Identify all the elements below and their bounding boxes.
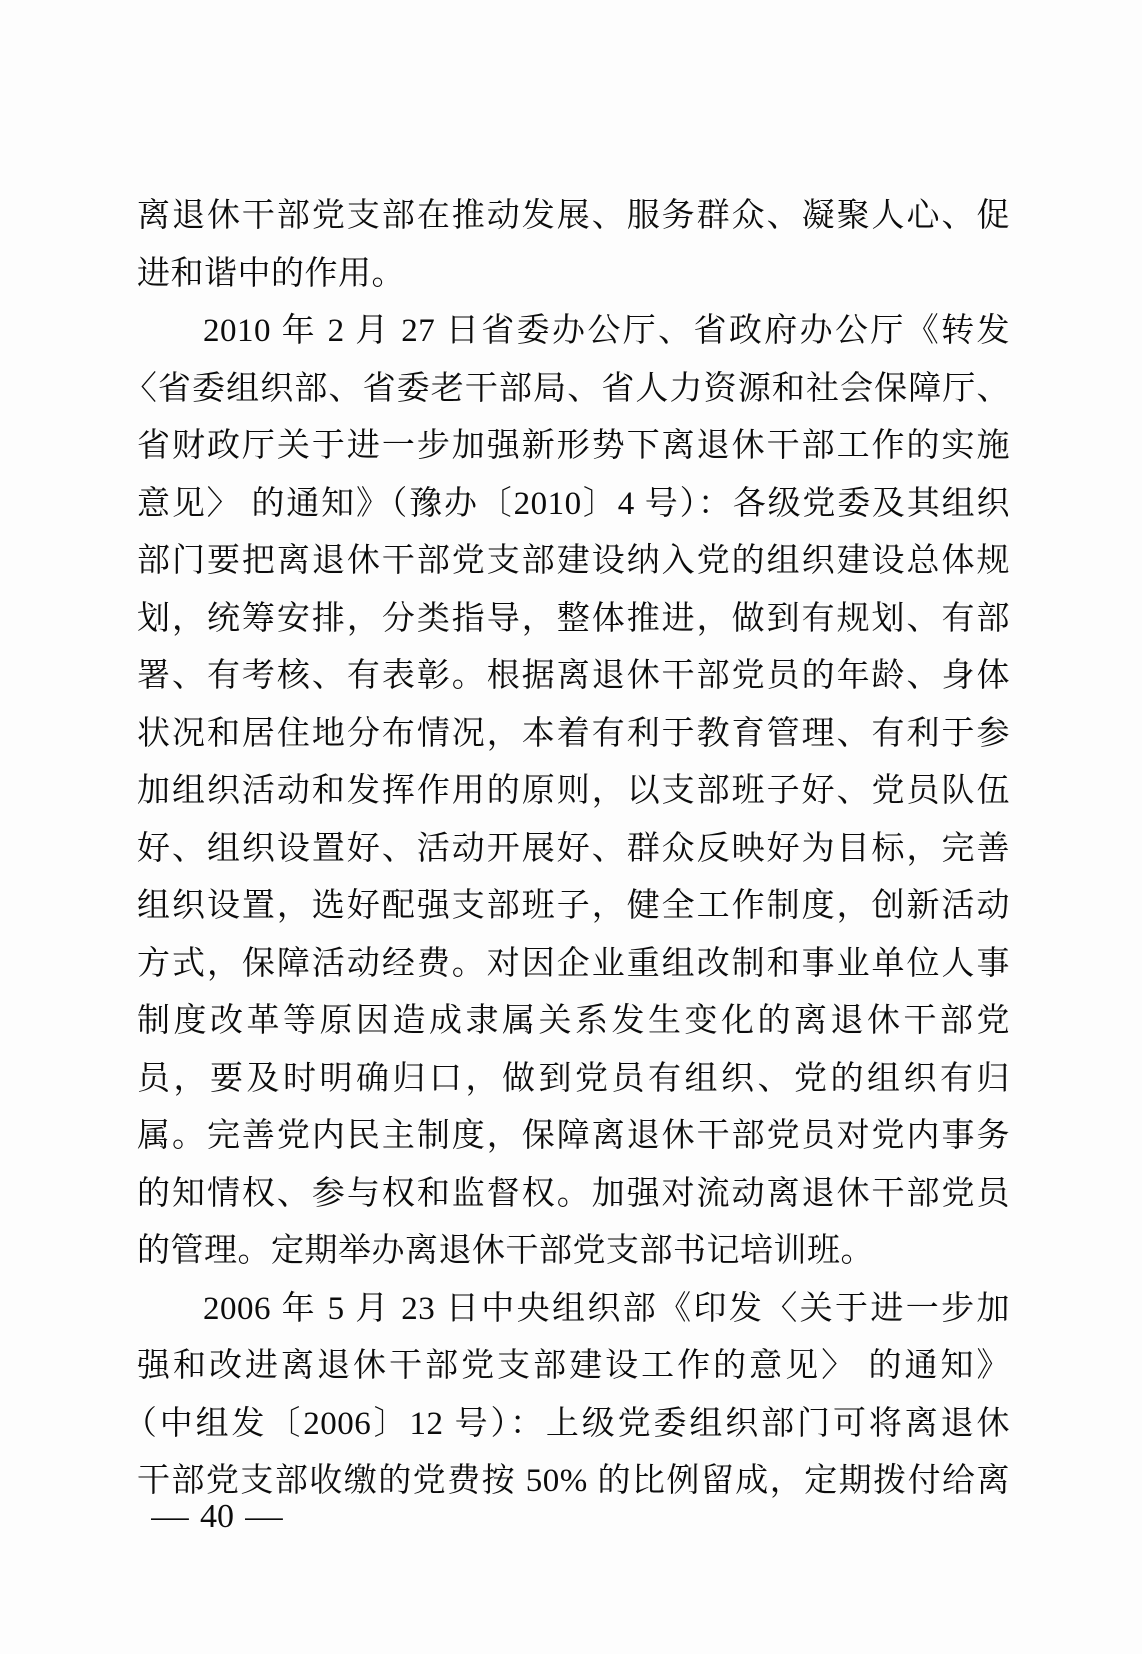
- text-line: 加组织活动和发挥作用的原则，以支部班子好、党员队伍: [137, 763, 1010, 821]
- text-line: 2010 年 2 月 27 日省委办公厅、省政府办公厅《转发: [137, 303, 1010, 361]
- text-line: 划，统筹安排，分类指导，整体推进，做到有规划、有部: [137, 591, 1010, 649]
- document-body: 离退休干部党支部在推动发展、服务群众、凝聚人心、促进和谐中的作用。2010 年 …: [137, 188, 1010, 1511]
- text-line: 的知情权、参与权和监督权。加强对流动离退休干部党员: [137, 1166, 1010, 1224]
- text-line: 状况和居住地分布情况，本着有利于教育管理、有利于参: [137, 706, 1010, 764]
- text-line: （中组发〔2006〕12 号）：上级党委组织部门可将离退休: [137, 1396, 1010, 1454]
- text-line: 方式，保障活动经费。对因企业重组改制和事业单位人事: [137, 936, 1010, 994]
- text-line: 组织设置，选好配强支部班子，健全工作制度，创新活动: [137, 878, 1010, 936]
- text-line: 进和谐中的作用。: [137, 246, 1010, 304]
- text-line: 属。完善党内民主制度，保障离退休干部党员对党内事务: [137, 1108, 1010, 1166]
- text-line: 制度改革等原因造成隶属关系发生变化的离退休干部党: [137, 993, 1010, 1051]
- text-line: 〈省委组织部、省委老干部局、省人力资源和社会保障厅、: [137, 361, 1010, 419]
- footer-page-number: 40: [200, 1497, 234, 1537]
- page-footer: — 40 —: [153, 1497, 281, 1537]
- text-line: 部门要把离退休干部党支部建设纳入党的组织建设总体规: [137, 533, 1010, 591]
- text-line: 好、组织设置好、活动开展好、群众反映好为目标，完善: [137, 821, 1010, 879]
- text-line: 意见〉 的通知》（豫办〔2010〕4 号）：各级党委及其组织: [137, 476, 1010, 534]
- footer-dash-left: —: [151, 1497, 188, 1537]
- footer-dash-right: —: [245, 1497, 282, 1537]
- text-line: 2006 年 5 月 23 日中央组织部《印发〈关于进一步加: [137, 1281, 1010, 1339]
- text-line: 署、有考核、有表彰。根据离退休干部党员的年龄、身体: [137, 648, 1010, 706]
- text-line: 强和改进离退休干部党支部建设工作的意见〉 的通知》: [137, 1338, 1010, 1396]
- text-line: 员，要及时明确归口，做到党员有组织、党的组织有归: [137, 1051, 1010, 1109]
- document-page: 离退休干部党支部在推动发展、服务群众、凝聚人心、促进和谐中的作用。2010 年 …: [0, 0, 1142, 1654]
- text-line: 离退休干部党支部在推动发展、服务群众、凝聚人心、促: [137, 188, 1010, 246]
- text-line: 的管理。定期举办离退休干部党支部书记培训班。: [137, 1223, 1010, 1281]
- text-line: 省财政厅关于进一步加强新形势下离退休干部工作的实施: [137, 418, 1010, 476]
